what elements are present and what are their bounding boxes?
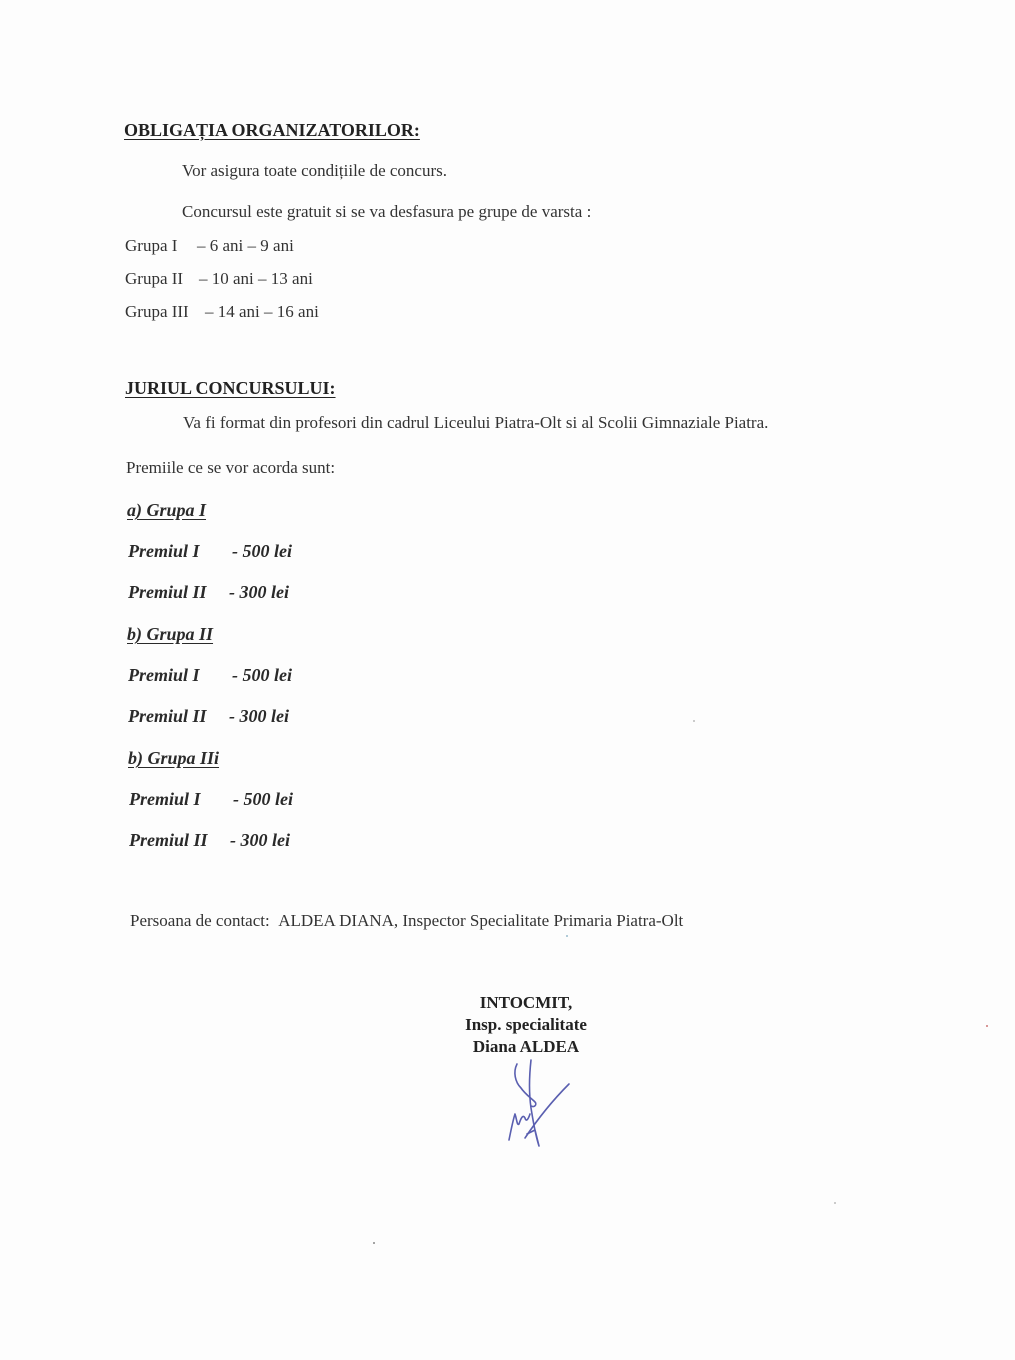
age-group-range: – 10 ani – 13 ani [199,269,313,288]
prize-row: Premiul I- 500 lei [128,541,292,562]
organizers-heading: OBLIGAȚIA ORGANIZATORILOR: [124,120,420,141]
jury-heading: JURIUL CONCURSULUI: [125,378,336,399]
scan-speck [566,935,568,937]
prize-label: Premiul I [129,789,233,810]
jury-line-1: Va fi format din profesori din cadrul Li… [183,413,768,433]
prize-amount: - 300 lei [229,706,289,726]
prize-label: Premiul II [128,706,229,727]
age-group-row: Grupa III– 14 ani – 16 ani [125,302,319,322]
document-page: OBLIGAȚIA ORGANIZATORILOR: Vor asigura t… [0,0,1015,1360]
prize-label: Premiul I [128,541,232,562]
signature-line-3: Diana ALDEA [426,1036,626,1058]
prize-row: Premiul II- 300 lei [129,830,290,851]
signature-line-2: Insp. specialitate [426,1014,626,1036]
prize-row: Premiul I- 500 lei [128,665,292,686]
prize-label: Premiul II [128,582,229,603]
age-group-name: Grupa III [125,302,205,322]
prize-row: Premiul II- 300 lei [128,582,289,603]
scan-speck [986,1025,988,1027]
prize-amount: - 300 lei [229,582,289,602]
organizers-line-1: Vor asigura toate condițiile de concurs. [182,161,447,181]
prize-amount: - 500 lei [233,789,293,809]
prize-row: Premiul I- 500 lei [129,789,293,810]
signature-line-1: INTOCMIT, [426,992,626,1014]
prize-group-title: b) Grupa IIi [128,748,219,769]
age-group-row: Grupa II– 10 ani – 13 ani [125,269,313,289]
prize-label: Premiul II [129,830,230,851]
prize-label: Premiul I [128,665,232,686]
age-group-range: – 6 ani – 9 ani [197,236,294,255]
prize-amount: - 500 lei [232,541,292,561]
prize-group-title: a) Grupa I [127,500,206,521]
handwritten-signature-icon [495,1058,585,1153]
organizers-line-2: Concursul este gratuit si se va desfasur… [182,202,591,222]
scan-speck [834,1202,836,1204]
prize-group-title: b) Grupa II [127,624,213,645]
prize-amount: - 500 lei [232,665,292,685]
age-group-row: Grupa I– 6 ani – 9 ani [125,236,294,256]
prizes-intro: Premiile ce se vor acorda sunt: [126,458,335,478]
scan-speck [373,1242,375,1244]
prize-row: Premiul II- 300 lei [128,706,289,727]
contact-line: Persoana de contact: ALDEA DIANA, Inspec… [130,911,683,931]
age-group-name: Grupa II [125,269,199,289]
prize-amount: - 300 lei [230,830,290,850]
age-group-range: – 14 ani – 16 ani [205,302,319,321]
signature-block: INTOCMIT, Insp. specialitate Diana ALDEA [426,992,626,1058]
contact-label: Persoana de contact: [130,911,270,930]
contact-value: ALDEA DIANA, Inspector Specialitate Prim… [278,911,683,930]
age-group-name: Grupa I [125,236,197,256]
scan-speck [693,720,695,722]
